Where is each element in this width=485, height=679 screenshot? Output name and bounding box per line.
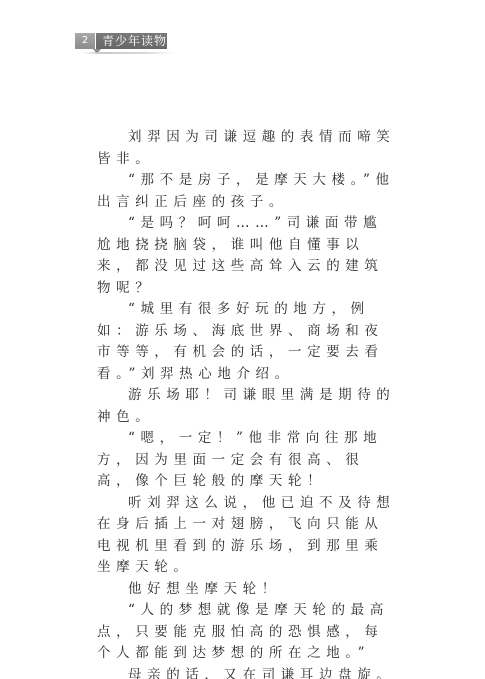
body-text: 刘羿因为司谦逗趣的表情而啼笑皆非。 “那不是房子，是摩天大楼。”他出言纠正后座的…: [97, 127, 397, 679]
paragraph: “人的梦想就像是摩天轮的最高点，只要能克服怕高的恐惧感，每个人都能到达梦想的所在…: [97, 600, 397, 665]
paragraph: “城里有很多好玩的地方，例如：游乐场、海底世界、商场和夜市等等，有机会的话，一定…: [97, 299, 397, 385]
series-title: 青少年读物: [96, 33, 167, 49]
paragraph: “嗯，一定！”他非常向往那地方，因为里面一定会有很高、很高，像个巨轮般的摩天轮！: [97, 428, 397, 493]
paragraph: “是吗？呵呵……”司谦面带尴尬地挠挠脑袋，谁叫他自懂事以来，都没见过这些高耸入云…: [97, 213, 397, 299]
paragraph: 刘羿因为司谦逗趣的表情而啼笑皆非。: [97, 127, 397, 170]
page-number: 2: [75, 33, 95, 49]
header-underline: [82, 52, 174, 54]
paragraph: “那不是房子，是摩天大楼。”他出言纠正后座的孩子。: [97, 170, 397, 213]
paragraph: 母亲的话，又在司谦耳边盘旋。: [97, 665, 397, 679]
paragraph: 听刘羿这么说，他已迫不及待想在身后插上一对翅膀，飞向只能从电视机里看到的游乐场，…: [97, 493, 397, 579]
paragraph: 他好想坐摩天轮！: [97, 579, 397, 601]
paragraph: 游乐场耶！司谦眼里满是期待的神色。: [97, 385, 397, 428]
running-header: 2 青少年读物: [75, 33, 167, 49]
